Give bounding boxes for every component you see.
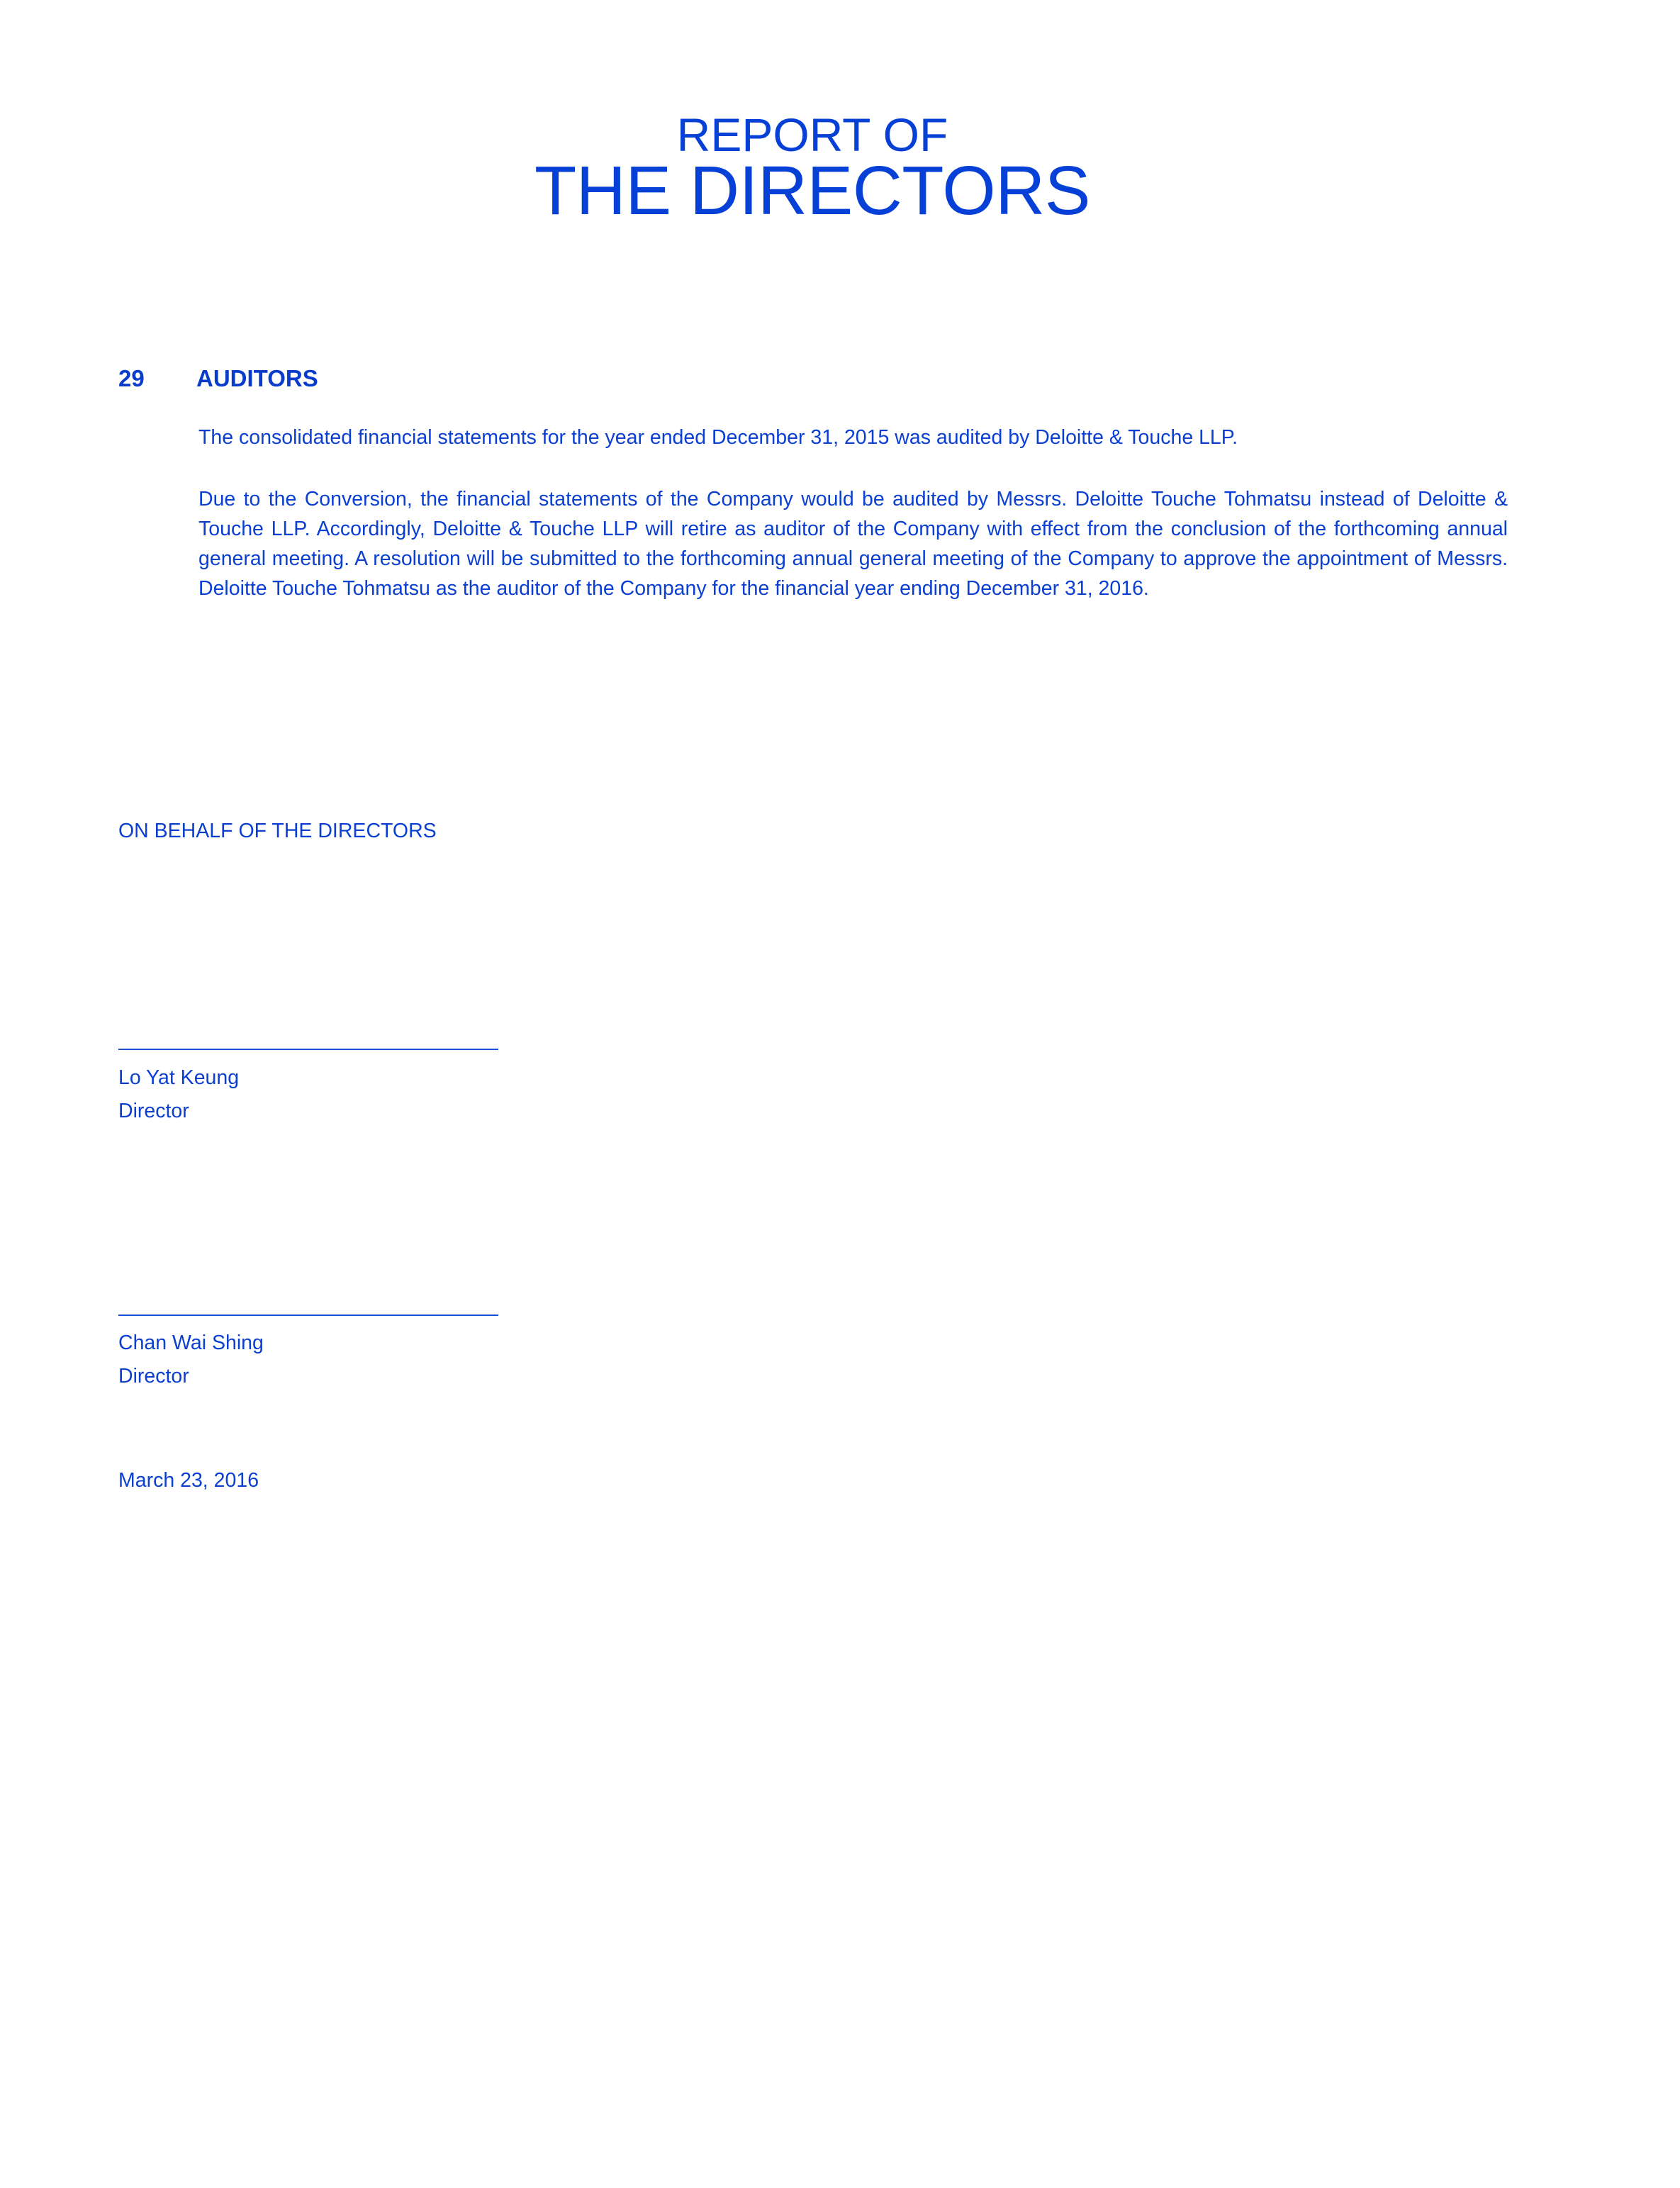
paragraph-audit-2015: The consolidated financial statements fo… (198, 423, 1508, 452)
paragraph-auditor-change: Due to the Conversion, the financial sta… (198, 484, 1508, 603)
signatory-name: Chan Wai Shing (118, 1327, 264, 1360)
signatory-title: Director (118, 1360, 264, 1393)
signature-line (118, 1049, 498, 1050)
section-heading: AUDITORS (196, 367, 318, 390)
signatory-title: Director (118, 1095, 239, 1128)
on-behalf-label: ON BEHALF OF THE DIRECTORS (118, 816, 437, 846)
signature-line (118, 1315, 498, 1316)
section-number: 29 (118, 367, 145, 390)
signing-date: March 23, 2016 (118, 1466, 259, 1495)
signatory-name: Lo Yat Keung (118, 1061, 239, 1095)
signature-block: Chan Wai Shing Director (118, 1327, 264, 1393)
signature-block: Lo Yat Keung Director (118, 1061, 239, 1128)
page-title-line2: THE DIRECTORS (0, 155, 1625, 226)
